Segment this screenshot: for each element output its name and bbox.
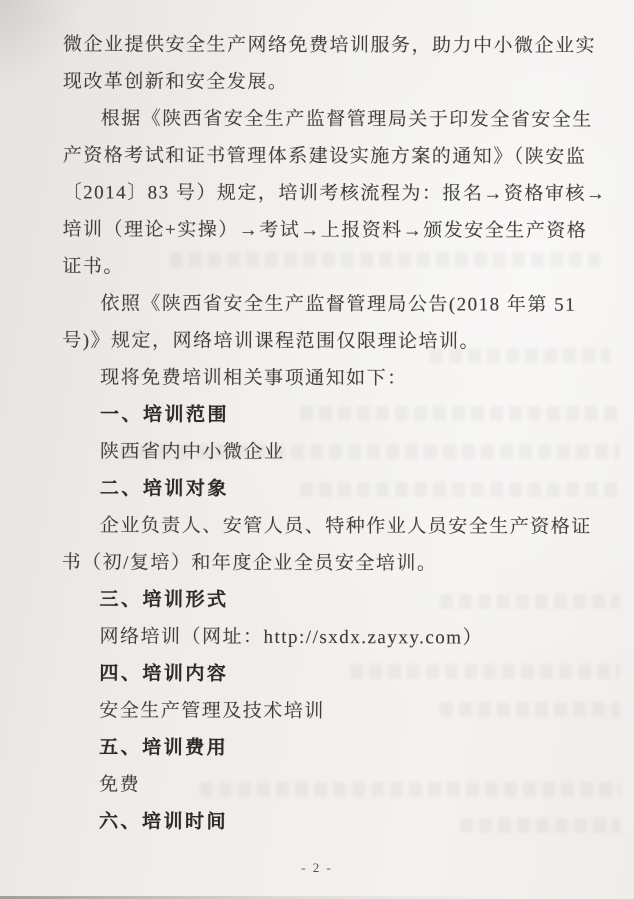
doc-line: 培训（理论+实操）→考试→上报资料→颁发安全生产资格 <box>62 211 590 249</box>
doc-line: 免费 <box>61 766 589 804</box>
scanned-document-page: 微企业提供安全生产网络免费培训服务，助力中小微企业实 现改革创新和安全发展。 根… <box>0 0 634 899</box>
section-heading: 四、培训内容 <box>61 655 589 693</box>
doc-line: 陕西省内中小微企业 <box>62 433 590 471</box>
doc-line: 安全生产管理及技术培训 <box>61 692 589 730</box>
doc-line: 证书。 <box>62 248 590 286</box>
section-heading: 一、培训范围 <box>62 396 590 434</box>
doc-line: 书（初/复培）和年度企业全员安全培训。 <box>62 544 590 582</box>
doc-line: 号)》规定，网络培训课程范围仅限理论培训。 <box>62 322 590 360</box>
doc-line: 微企业提供安全生产网络免费培训服务，助力中小微企业实 <box>63 26 591 64</box>
doc-line: 网络培训（网址：http://sxdx.zayxy.com） <box>61 618 589 656</box>
document-body: 微企业提供安全生产网络免费培训服务，助力中小微企业实 现改革创新和安全发展。 根… <box>61 26 591 841</box>
section-heading: 三、培训形式 <box>62 581 590 619</box>
doc-line: 现改革创新和安全发展。 <box>63 63 591 101</box>
doc-line: 〔2014〕83 号）规定，培训考核流程为：报名→资格审核→ <box>63 174 591 212</box>
doc-line: 产资格考试和证书管理体系建设实施方案的通知》（陕安监 <box>63 137 591 175</box>
doc-line: 根据《陕西省安全生产监督管理局关于印发全省安全生 <box>63 100 591 138</box>
doc-line: 现将免费培训相关事项通知如下： <box>62 359 590 397</box>
doc-line: 企业负责人、安管人员、特种作业人员安全生产资格证 <box>62 507 590 545</box>
doc-line: 依照《陕西省安全生产监督管理局公告(2018 年第 51 <box>62 285 590 323</box>
section-heading: 六、培训时间 <box>61 803 589 841</box>
section-heading: 五、培训费用 <box>61 729 589 767</box>
page-number: - 2 - <box>0 860 634 876</box>
section-heading: 二、培训对象 <box>62 470 590 508</box>
